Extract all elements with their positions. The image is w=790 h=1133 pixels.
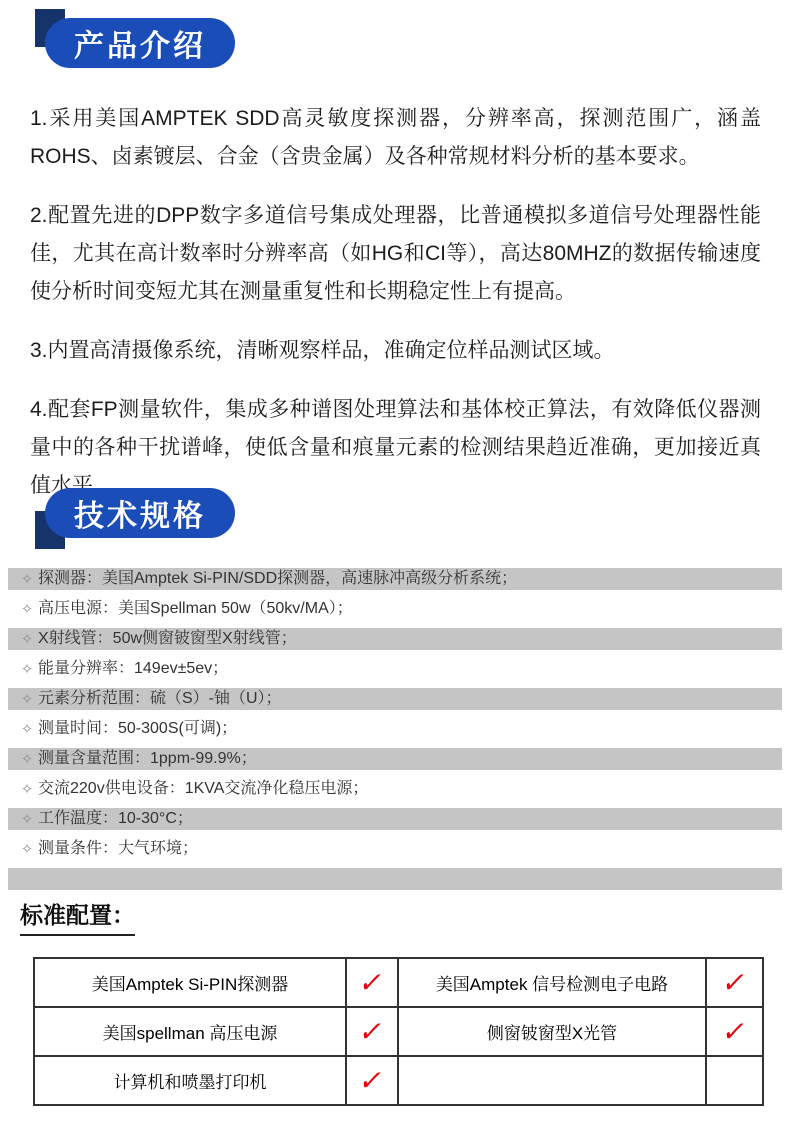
check-cell: ✓: [706, 1007, 763, 1056]
config-item-cell: 美国Amptek Si-PIN探测器: [34, 958, 346, 1007]
config-item-cell: [398, 1056, 706, 1105]
spec-text: 能量分辨率：149ev±5ev；: [38, 658, 228, 680]
standard-config-table: 美国Amptek Si-PIN探测器 ✓ 美国Amptek 信号检测电子电路 ✓…: [33, 957, 764, 1106]
spec-text: 测量条件：大气环境；: [38, 838, 198, 860]
standard-config-heading: 标准配置：: [20, 897, 135, 936]
spec-text: 交流220v供电设备：1KVA交流净化稳压电源；: [38, 778, 368, 800]
badge-label-product-intro: 产品介绍: [45, 18, 235, 68]
sparkle-icon: ✧: [16, 808, 38, 830]
sparkle-icon: ✧: [16, 838, 38, 860]
check-cell: [706, 1056, 763, 1105]
sparkle-icon: ✧: [16, 628, 38, 650]
spec-row: ✧ 能量分辨率：149ev±5ev；: [8, 658, 782, 680]
check-cell: ✓: [706, 958, 763, 1007]
config-item-cell: 计算机和喷墨打印机: [34, 1056, 346, 1105]
section-badge-tech-specs: 技术规格: [45, 488, 235, 538]
spec-text: 测量时间：50-300S(可调)；: [38, 718, 237, 740]
check-cell: ✓: [346, 1056, 398, 1105]
sparkle-icon: ✧: [16, 568, 38, 590]
spec-row: ✧ X射线管：50w侧窗铍窗型X射线管；: [8, 628, 782, 650]
check-cell: ✓: [346, 1007, 398, 1056]
intro-paragraph-3: 3.内置高清摄像系统，清晰观察样品，准确定位样品测试区域。: [30, 332, 761, 370]
check-icon: ✓: [357, 1015, 387, 1048]
sparkle-icon: ✧: [16, 778, 38, 800]
intro-paragraph-1: 1.采用美国AMPTEK SDD高灵敏度探测器，分辨率高，探测范围广，涵盖ROH…: [30, 100, 761, 176]
config-item-cell: 美国Amptek 信号检测电子电路: [398, 958, 706, 1007]
table-row: 计算机和喷墨打印机 ✓: [34, 1056, 763, 1105]
spec-row: ✧ 元素分析范围：硫（S）-铀（U）；: [8, 688, 782, 710]
intro-paragraphs: 1.采用美国AMPTEK SDD高灵敏度探测器，分辨率高，探测范围广，涵盖ROH…: [30, 100, 761, 526]
section-badge-product-intro: 产品介绍: [45, 18, 235, 68]
spec-text: 高压电源：美国Spellman 50w（50kv/MA）；: [38, 598, 353, 620]
badge-label-tech-specs: 技术规格: [45, 488, 235, 538]
spec-text: X射线管：50w侧窗铍窗型X射线管；: [38, 628, 297, 650]
spec-row: ✧ 高压电源：美国Spellman 50w（50kv/MA）；: [8, 598, 782, 620]
check-cell: ✓: [346, 958, 398, 1007]
product-detail-page: 产品介绍 1.采用美国AMPTEK SDD高灵敏度探测器，分辨率高，探测范围广，…: [0, 0, 790, 1133]
spec-row: ✧ 工作温度：10-30°C；: [8, 808, 782, 830]
check-icon: ✓: [357, 1064, 387, 1097]
spec-text: 测量含量范围：1ppm-99.9%；: [38, 748, 257, 770]
check-icon: ✓: [719, 1015, 749, 1048]
sparkle-icon: ✧: [16, 598, 38, 620]
table-row: 美国Amptek Si-PIN探测器 ✓ 美国Amptek 信号检测电子电路 ✓: [34, 958, 763, 1007]
config-item-cell: 美国spellman 高压电源: [34, 1007, 346, 1056]
spec-row: ✧ 交流220v供电设备：1KVA交流净化稳压电源；: [8, 778, 782, 800]
spec-list: ✧ 探测器：美国Amptek Si-PIN/SDD探测器，高速脉冲高级分析系统；…: [0, 568, 790, 898]
spec-text: 工作温度：10-30°C；: [38, 808, 193, 830]
check-icon: ✓: [357, 966, 387, 999]
spec-row-empty: [8, 868, 782, 890]
sparkle-icon: ✧: [16, 718, 38, 740]
spec-row: ✧ 测量时间：50-300S(可调)；: [8, 718, 782, 740]
spec-row: ✧ 测量条件：大气环境；: [8, 838, 782, 860]
sparkle-icon: ✧: [16, 748, 38, 770]
table-row: 美国spellman 高压电源 ✓ 侧窗铍窗型X光管 ✓: [34, 1007, 763, 1056]
spec-row: ✧ 探测器：美国Amptek Si-PIN/SDD探测器，高速脉冲高级分析系统；: [8, 568, 782, 590]
spec-row: ✧ 测量含量范围：1ppm-99.9%；: [8, 748, 782, 770]
sparkle-icon: ✧: [16, 658, 38, 680]
spec-text: 探测器：美国Amptek Si-PIN/SDD探测器，高速脉冲高级分析系统；: [38, 568, 517, 590]
sparkle-icon: ✧: [16, 688, 38, 710]
config-item-cell: 侧窗铍窗型X光管: [398, 1007, 706, 1056]
intro-paragraph-2: 2.配置先进的DPP数字多道信号集成处理器，比普通模拟多道信号处理器性能佳，尤其…: [30, 197, 761, 311]
spec-text: 元素分析范围：硫（S）-铀（U）；: [38, 688, 282, 710]
check-icon: ✓: [719, 966, 749, 999]
